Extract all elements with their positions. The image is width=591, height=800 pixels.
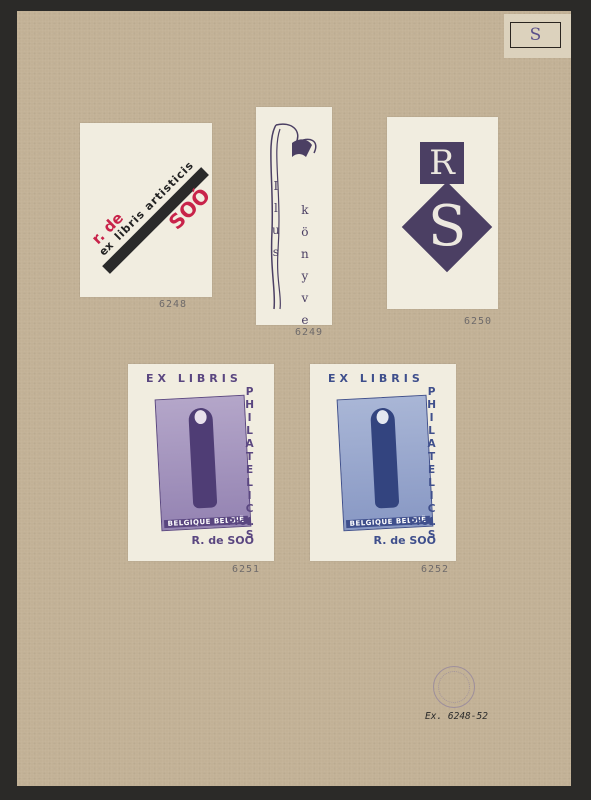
inventory-number: 6248: [159, 299, 187, 310]
bookplate-6249[interactable]: I l u s k ö n y v e: [256, 107, 332, 325]
initial-s-diamond: S: [402, 182, 493, 273]
text-column-left: I l u s: [272, 179, 280, 259]
sheet-tag: S: [504, 14, 571, 58]
header-text: EX LIBRIS: [328, 372, 424, 385]
inventory-number: 6250: [464, 316, 492, 327]
text-column-right: k ö n y v e: [301, 203, 309, 325]
typographic-design: libris artisticis r. de SOÓ ex: [80, 123, 212, 297]
bookplate-6250[interactable]: R S: [387, 117, 498, 309]
album-sheet: S libris artisticis r. de SOÓ ex 6248 I …: [17, 11, 571, 786]
library-seal-stamp: [433, 666, 475, 708]
initial-r-block: R: [420, 142, 464, 184]
bookplate-6248[interactable]: libris artisticis r. de SOÓ ex: [80, 123, 212, 297]
tag-letter: S: [510, 22, 561, 48]
owner-name: R. de SOÓ: [374, 534, 436, 547]
stamp-image: BELGIQUE BELGIË: [337, 395, 434, 532]
owner-name: R. de SOÓ: [192, 534, 254, 547]
catalog-note: Ex. 6248-52: [425, 711, 488, 722]
stamp-image: BELGIQUE BELGIË: [155, 395, 252, 532]
bookplate-6251[interactable]: EX LIBRIS BELGIQUE BELGIË PHILATELICIS P…: [128, 364, 274, 561]
title-text: Prof.: [227, 517, 254, 528]
title-text: Prof.: [409, 517, 436, 528]
header-text: EX LIBRIS: [146, 372, 242, 385]
bookplate-6252[interactable]: EX LIBRIS BELGIQUE BELGIË PHILATELICIS P…: [310, 364, 456, 561]
inventory-number: 6251: [232, 564, 260, 575]
inventory-number: 6249: [295, 327, 323, 338]
inventory-number: 6252: [421, 564, 449, 575]
